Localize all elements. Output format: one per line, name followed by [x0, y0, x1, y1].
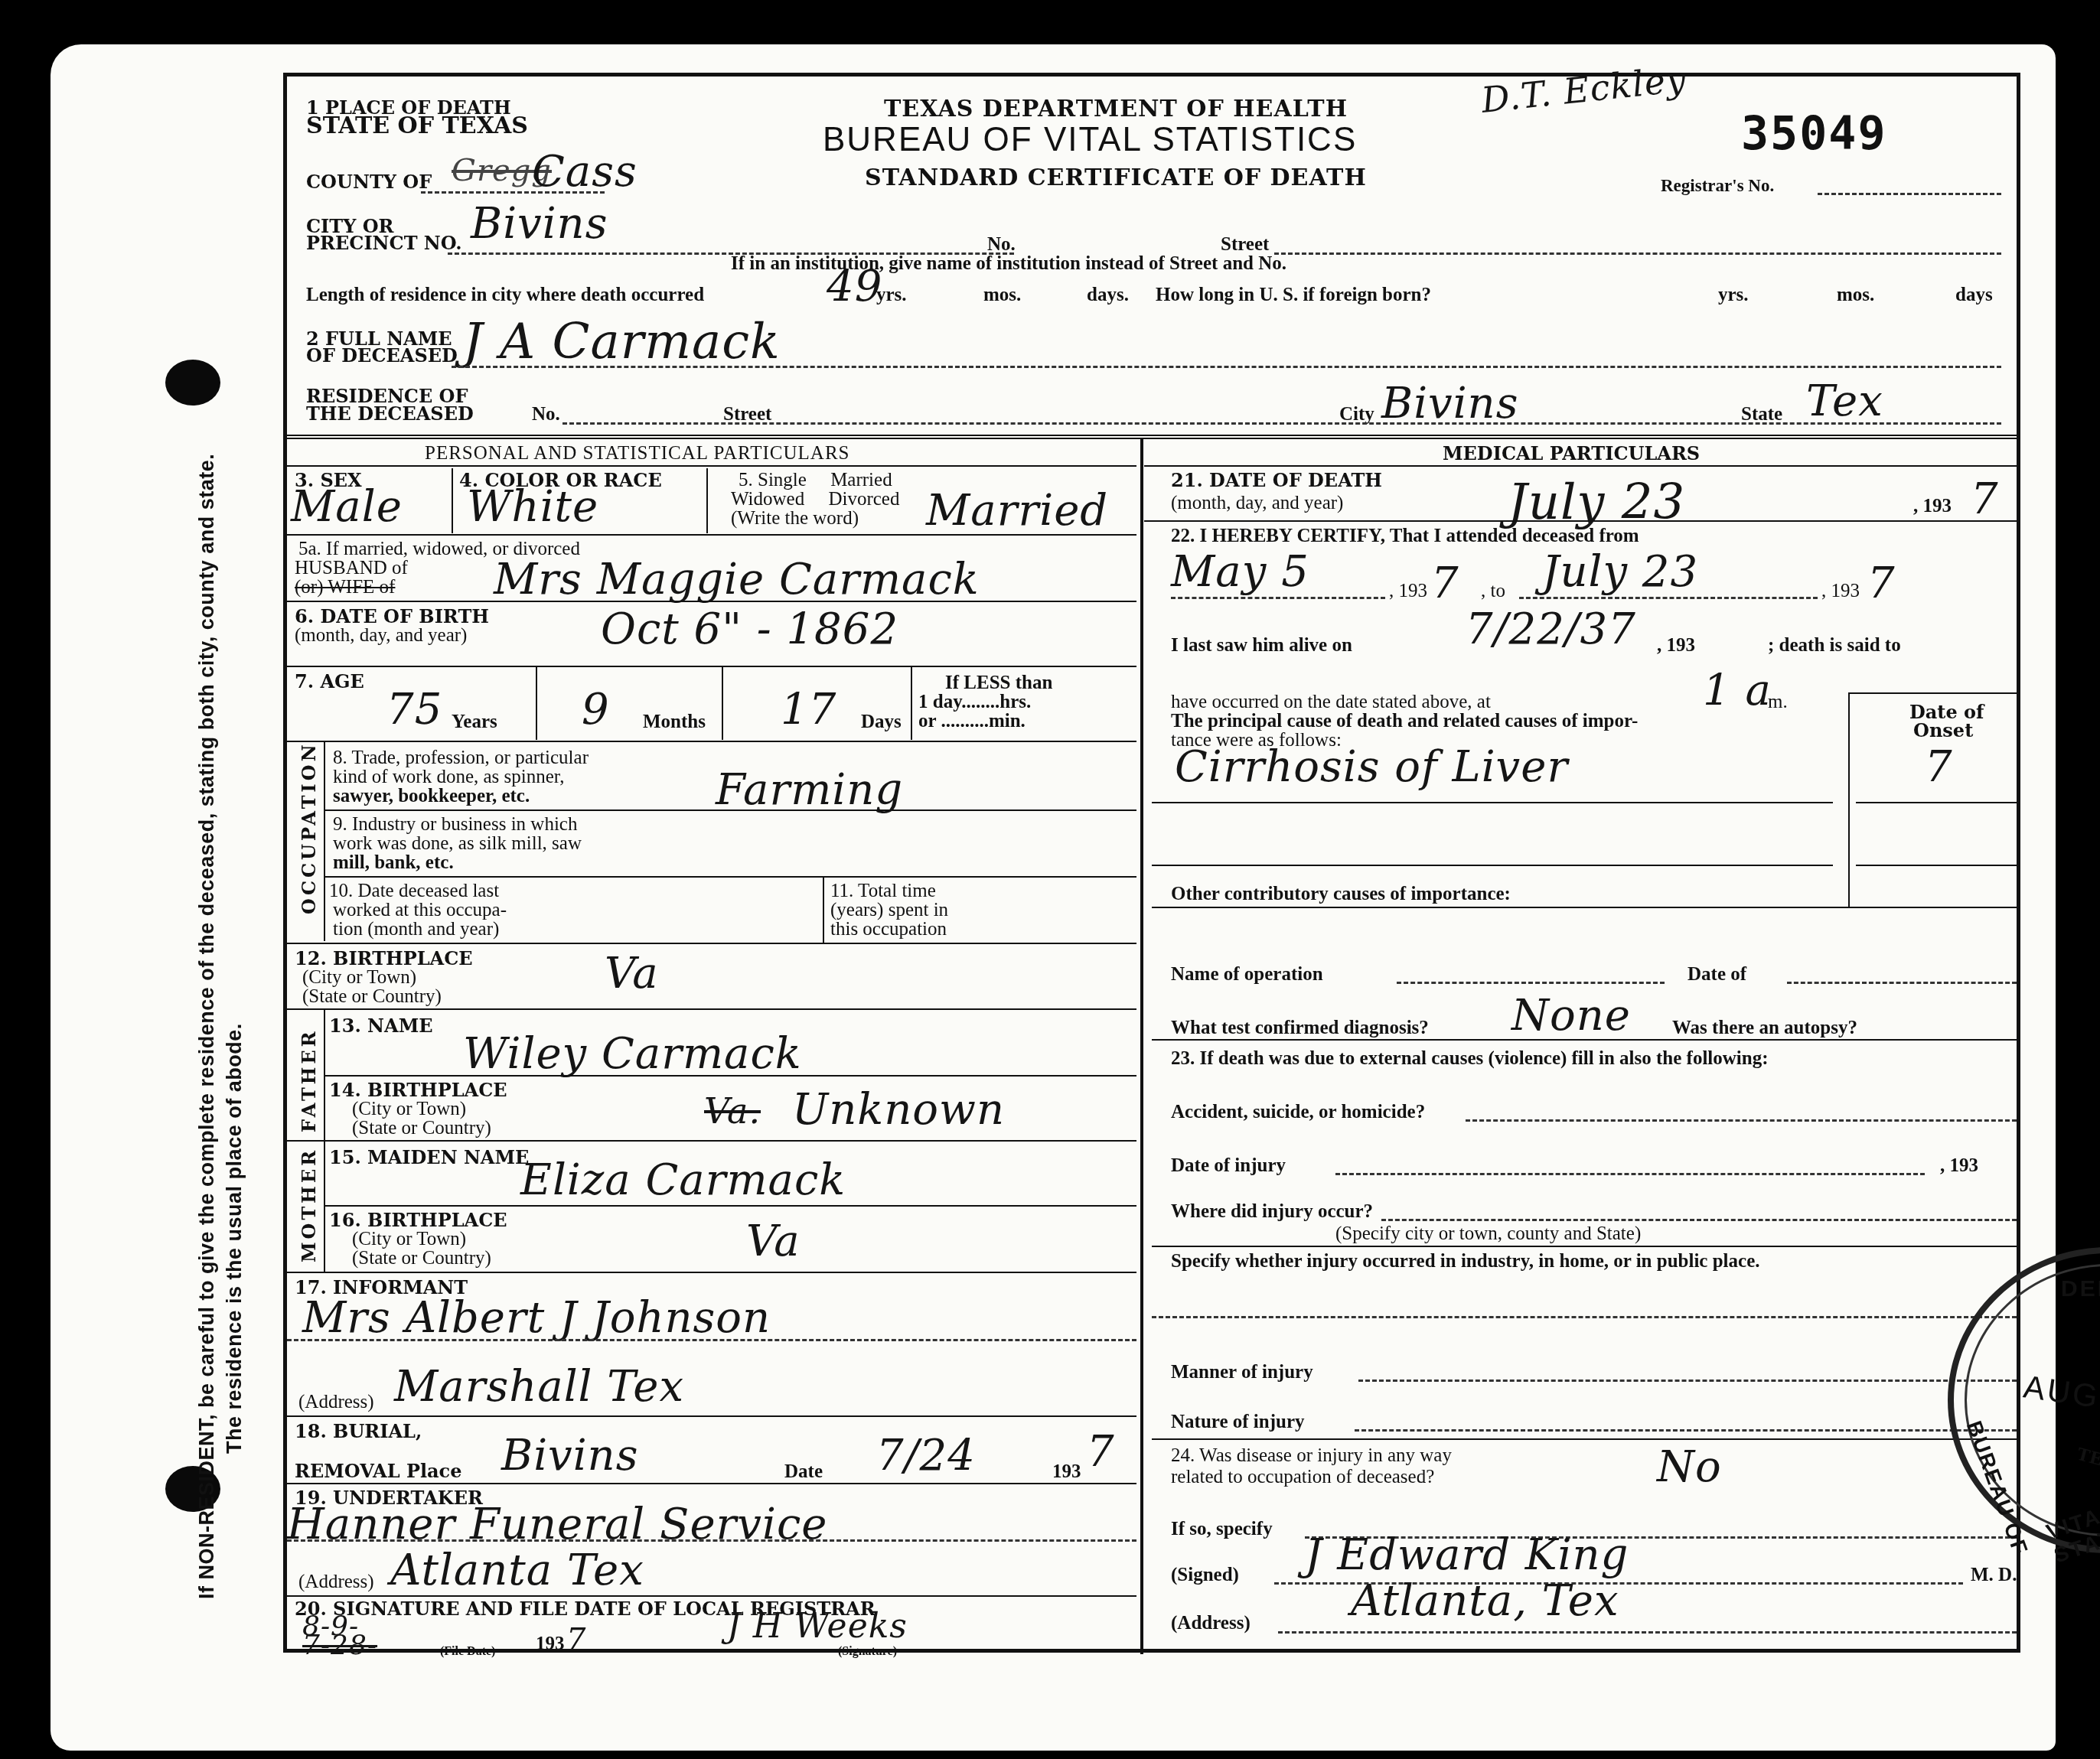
no-label: No.: [987, 234, 1016, 256]
father-birthplace-label-3: (State or Country): [352, 1119, 491, 1138]
attended-from: May 5: [1171, 547, 1309, 597]
column-divider: [1140, 438, 1143, 1654]
burial-label-2: REMOVAL Place: [295, 1461, 462, 1481]
rule: [823, 878, 824, 943]
informant-name: Mrs Albert J Johnson: [302, 1293, 771, 1343]
burial-date: 7/24: [876, 1431, 976, 1480]
age-years: 75: [386, 685, 442, 735]
manner-field[interactable]: [1358, 1380, 2017, 1382]
margin-note-line-2: The residence is the usual place of abod…: [220, 77, 248, 1599]
cause-label-1: The principal cause of death and related…: [1171, 712, 1638, 731]
injury-where-field[interactable]: [1381, 1219, 2017, 1221]
rule: [1856, 865, 2017, 866]
test-label: What test confirmed diagnosis?: [1171, 1018, 1429, 1039]
rule: [536, 667, 537, 740]
rule: [287, 1140, 1136, 1142]
marital-status: Married: [926, 486, 1108, 536]
sex-value: Male: [291, 482, 403, 532]
onset-label-2: Onset: [1913, 721, 1973, 741]
rule: [287, 1008, 1136, 1010]
informant-address: Marshall Tex: [394, 1362, 684, 1412]
rule: [287, 1483, 1136, 1484]
registrar-no-field[interactable]: [1818, 193, 2001, 195]
mother-side-label: MOTHER: [298, 1148, 320, 1262]
nature-field[interactable]: [1355, 1429, 2017, 1432]
rule: [287, 1595, 1136, 1597]
rule: [325, 809, 1136, 811]
non-resident-margin-note: If NON-RESIDENT, be careful to give the …: [193, 77, 248, 1599]
registrar-no-label: Registrar's No.: [1661, 176, 1774, 196]
occupational-label-1: 24. Was disease or injury in any way: [1171, 1446, 1452, 1465]
marital-label-2: Widowed Divorced: [731, 490, 899, 509]
informant-address-label: (Address): [298, 1393, 374, 1412]
autopsy-label: Was there an autopsy?: [1672, 1018, 1857, 1039]
father-birthplace-label-2: (City or Town): [352, 1099, 466, 1119]
trade-label-2: kind of work done, as spinner,: [333, 767, 564, 787]
undertaker-field[interactable]: [287, 1539, 1136, 1542]
operation-field[interactable]: [1397, 982, 1665, 984]
industry-label-2: work was done, as silk mill, saw: [333, 834, 582, 853]
undertaker-address-label: (Address): [298, 1572, 374, 1591]
physician-signature: J Edward King: [1305, 1530, 1629, 1580]
mos-label: mos.: [983, 285, 1021, 306]
foreign-mos-label: mos.: [1837, 285, 1874, 306]
external-causes-label: 23. If death was due to external causes …: [1171, 1048, 1769, 1070]
last-worked-label-1: 10. Date deceased last: [329, 881, 499, 901]
margin-note-line-1: If NON-RESIDENT, be careful to give the …: [193, 77, 220, 1599]
rule: [1848, 692, 1850, 907]
marital-label-3: (Write the word): [731, 509, 859, 528]
last-worked-label-2: worked at this occupa-: [333, 901, 507, 920]
operation-label: Name of operation: [1171, 964, 1323, 985]
attended-to: July 23: [1542, 547, 1698, 597]
rule: [1152, 802, 1833, 803]
days-label: Days: [861, 712, 902, 733]
manner-label: Manner of injury: [1171, 1362, 1313, 1383]
occupation-side-label: OCCUPATION: [298, 741, 320, 914]
city-label-2: PRECINCT NO.: [306, 233, 462, 253]
foreign-born-label: How long in U. S. if foreign born?: [1156, 285, 1431, 306]
received-date-stamp: DEPARTMENT HEALTH BUREAU OF AUG 11 1937 …: [1948, 1247, 2100, 1553]
rule: [325, 876, 1136, 878]
medical-section-title: MEDICAL PARTICULARS: [1443, 444, 1700, 464]
less-than-label-2: 1 day........hrs.: [918, 692, 1031, 712]
from-year-suffix: 7: [1431, 559, 1459, 608]
father-name-label: 13. NAME: [329, 1016, 433, 1036]
certify-label: 22. I HEREBY CERTIFY, That I attended de…: [1171, 526, 1639, 546]
test-value: None: [1511, 991, 1631, 1041]
mother-birthplace-label-3: (State or Country): [352, 1249, 491, 1268]
rule: [287, 741, 1136, 742]
spouse-name: Mrs Maggie Carmack: [494, 555, 980, 604]
last-saw-label: I last saw him alive on: [1171, 635, 1352, 656]
foreign-days-label: days: [1955, 285, 1993, 306]
mother-birthplace: Va: [746, 1217, 801, 1266]
industry-label-3: mill, bank, etc.: [333, 853, 454, 872]
injury-date-field[interactable]: [1335, 1173, 1925, 1175]
burial-year-prefix: 193: [1052, 1461, 1081, 1483]
death-said-label: ; death is said to: [1768, 635, 1901, 656]
to-label: , to: [1481, 581, 1505, 601]
occupation-trade: Farming: [716, 765, 903, 815]
certificate-title: STANDARD CERTIFICATE OF DEATH: [865, 164, 1367, 191]
physician-address-field[interactable]: [1278, 1631, 2017, 1634]
birthplace-label-2: (City or Town): [302, 968, 416, 987]
mother-maiden-name: Eliza Carmack: [520, 1155, 846, 1205]
rule: [1144, 465, 2020, 467]
father-birthplace-struck: Va.: [704, 1090, 761, 1132]
rule: [287, 601, 1136, 602]
institution-note: If in an institution, give name of insti…: [731, 254, 1286, 273]
accident-label: Accident, suicide, or homicide?: [1171, 1102, 1425, 1123]
rule: [1856, 802, 2017, 803]
industry-label-1: 9. Industry or business in which: [333, 815, 577, 834]
death-certificate-form: 1 PLACE OF DEATH STATE OF TEXAS TEXAS DE…: [283, 73, 2020, 1653]
residence-city: Bivins: [1381, 379, 1518, 428]
injury-where-hint: (Specify city or town, county and State): [1335, 1224, 1641, 1243]
father-birthplace-label-1: 14. BIRTHPLACE: [329, 1080, 507, 1100]
marital-label-1: 5. Single Married: [739, 471, 892, 490]
state-label: STATE OF TEXAS: [306, 116, 528, 136]
attended-to-field[interactable]: [1519, 597, 1818, 599]
foreign-yrs-label: yrs.: [1718, 285, 1749, 306]
rule: [1152, 1438, 2020, 1440]
last-worked-label-3: tion (month and year): [333, 920, 499, 939]
birthplace-label-1: 12. BIRTHPLACE: [295, 949, 473, 969]
rule: [1152, 1246, 2020, 1247]
total-time-label-1: 11. Total time: [830, 881, 936, 901]
registrar-signature: J H Weeks: [727, 1607, 908, 1646]
injury-where-label: Where did injury occur?: [1171, 1201, 1373, 1223]
specify-label: If so, specify: [1171, 1519, 1273, 1540]
undertaker-address: Atlanta Tex: [390, 1546, 644, 1595]
rule: [287, 534, 1136, 536]
bureau-title: BUREAU OF VITAL STATISTICS: [823, 121, 1357, 159]
stamp-top-text: DEPARTMENT: [2061, 1276, 2100, 1302]
personal-section-title: PERSONAL AND STATISTICAL PARTICULARS: [425, 444, 849, 463]
nature-label: Nature of injury: [1171, 1412, 1305, 1433]
rule: [287, 1415, 1136, 1417]
operation-date-field[interactable]: [1787, 982, 2017, 984]
spouse-label-3: (or) WIFE of: [295, 578, 395, 597]
rule: [325, 1205, 1136, 1207]
rule: [452, 468, 453, 533]
burial-year-suffix: 7: [1087, 1427, 1115, 1477]
full-name-field[interactable]: [452, 366, 2001, 368]
race-value: White: [467, 482, 598, 532]
to-year-suffix: 7: [1867, 559, 1896, 608]
rule: [1152, 865, 1833, 866]
date-of-death: July 23: [1508, 474, 1685, 531]
age-label: 7. AGE: [295, 672, 364, 692]
dob-label-2: (month, day, and year): [295, 626, 467, 645]
residence-field[interactable]: [562, 422, 2001, 425]
attended-from-field[interactable]: [1171, 597, 1385, 599]
trade-label-1: 8. Trade, profession, or particular: [333, 748, 589, 767]
last-saw-year: , 193: [1657, 635, 1695, 656]
residence-length-years: 49: [827, 262, 882, 311]
injury-year: , 193: [1940, 1155, 1978, 1177]
to-year-prefix: , 193: [1821, 581, 1860, 601]
date-of-birth: Oct 6" - 1862: [601, 604, 898, 654]
operation-date-label: Date of: [1687, 964, 1746, 985]
physician-address-label: (Address): [1171, 1613, 1251, 1634]
city-value: Bivins: [471, 199, 608, 249]
time-of-death: 1 a: [1703, 666, 1772, 715]
rule: [1152, 907, 2020, 908]
years-label: Years: [452, 712, 497, 733]
physician-address: Atlanta, Tex: [1351, 1576, 1619, 1626]
registrar-year-suffix: 7: [566, 1622, 586, 1657]
rule: [324, 742, 325, 941]
residence-length-label: Length of residence in city where death …: [306, 285, 704, 306]
rule: [1848, 692, 2020, 694]
department-title: TEXAS DEPARTMENT OF HEALTH: [884, 96, 1348, 122]
birthplace-label-3: (State or Country): [302, 987, 442, 1006]
street-field[interactable]: [1274, 252, 2001, 255]
total-time-label-3: this occupation: [830, 920, 947, 939]
last-saw-date: 7/22/37: [1466, 604, 1636, 654]
burial-label-1: 18. BURIAL,: [295, 1422, 422, 1441]
father-side-label: FATHER: [298, 1028, 320, 1132]
county-label: COUNTY OF: [306, 172, 432, 192]
county-value: Cass: [532, 147, 637, 197]
maiden-name-label: 15. MAIDEN NAME: [329, 1148, 529, 1168]
months-label: Months: [643, 712, 706, 733]
informant-field[interactable]: [287, 1339, 1136, 1341]
days-label: days.: [1087, 285, 1129, 306]
deceased-full-name: J A Carmack: [463, 314, 781, 370]
mother-birthplace-label-2: (City or Town): [352, 1230, 466, 1249]
death-date-label-2: (month, day, and year): [1171, 493, 1343, 513]
signature-label: (Signature): [838, 1645, 897, 1659]
from-year-prefix: , 193: [1389, 581, 1427, 601]
registrar-year-prefix: 193: [536, 1634, 565, 1655]
rule: [325, 1075, 1136, 1077]
father-name: Wiley Carmack: [463, 1029, 802, 1079]
residence-state: Tex: [1806, 376, 1883, 426]
birthplace-value: Va: [605, 949, 659, 998]
contributory-label: Other contributory causes of importance:: [1171, 884, 1511, 905]
total-time-label-2: (years) spent in: [830, 901, 948, 920]
yrs-label: yrs.: [876, 285, 907, 306]
death-year-prefix: , 193: [1913, 496, 1952, 517]
rule: [1144, 520, 2020, 522]
md-label: M. D.: [1971, 1565, 2017, 1586]
rule: [287, 943, 1136, 944]
death-year-suffix: 7: [1971, 474, 1999, 524]
residence-no-label: No.: [532, 404, 560, 425]
rule: [1152, 1039, 2020, 1041]
trade-label-3: sawyer, bookkeeper, etc.: [333, 787, 530, 806]
file-date-label: (File Date): [440, 1645, 495, 1659]
less-than-label-3: or ..........min.: [918, 712, 1026, 731]
father-birthplace: Unknown: [792, 1085, 1005, 1135]
injury-type-label: Specify whether injury occurred in indus…: [1171, 1251, 1760, 1272]
rule: [706, 468, 708, 533]
onset-value: 7: [1925, 742, 1953, 792]
mother-birthplace-label-1: 16. BIRTHPLACE: [329, 1210, 507, 1230]
time-suffix: m.: [1768, 692, 1788, 712]
spouse-label-2: HUSBAND of: [295, 559, 408, 578]
occupational-label-2: related to occupation of deceased?: [1171, 1467, 1434, 1487]
registrar-file-date-struck: 7-28-: [302, 1630, 377, 1661]
certificate-number: 35049: [1741, 107, 1887, 161]
burial-date-label: Date: [784, 1461, 823, 1483]
age-days: 17: [781, 685, 836, 735]
injury-date-label: Date of injury: [1171, 1155, 1286, 1177]
undertaker-name: Hanner Funeral Service: [287, 1500, 827, 1549]
burial-place: Bivins: [501, 1431, 638, 1480]
full-name-label-2: OF DECEASED: [306, 346, 458, 366]
less-than-label-1: If LESS than: [945, 673, 1052, 692]
accident-field[interactable]: [1466, 1119, 2017, 1122]
rule: [287, 666, 1136, 667]
age-months: 9: [582, 685, 610, 735]
rule: [287, 465, 1136, 467]
rule: [287, 1272, 1136, 1273]
occupational-value: No: [1657, 1442, 1722, 1492]
county-field[interactable]: [421, 191, 605, 194]
rule: [722, 667, 723, 740]
principal-cause: Cirrhosis of Liver: [1175, 742, 1568, 792]
occurred-label: have occurred on the date stated above, …: [1171, 692, 1491, 712]
residence-label-2: THE DECEASED: [306, 404, 474, 424]
street-label: Street: [1221, 234, 1269, 256]
section-divider: [287, 435, 2020, 439]
rule: [911, 667, 912, 740]
injury-type-field[interactable]: [1152, 1316, 2017, 1318]
rule: [324, 1142, 325, 1272]
signed-label: (Signed): [1171, 1565, 1239, 1586]
dob-label-1: 6. DATE OF BIRTH: [295, 607, 489, 627]
death-date-label-1: 21. DATE OF DEATH: [1171, 471, 1382, 490]
